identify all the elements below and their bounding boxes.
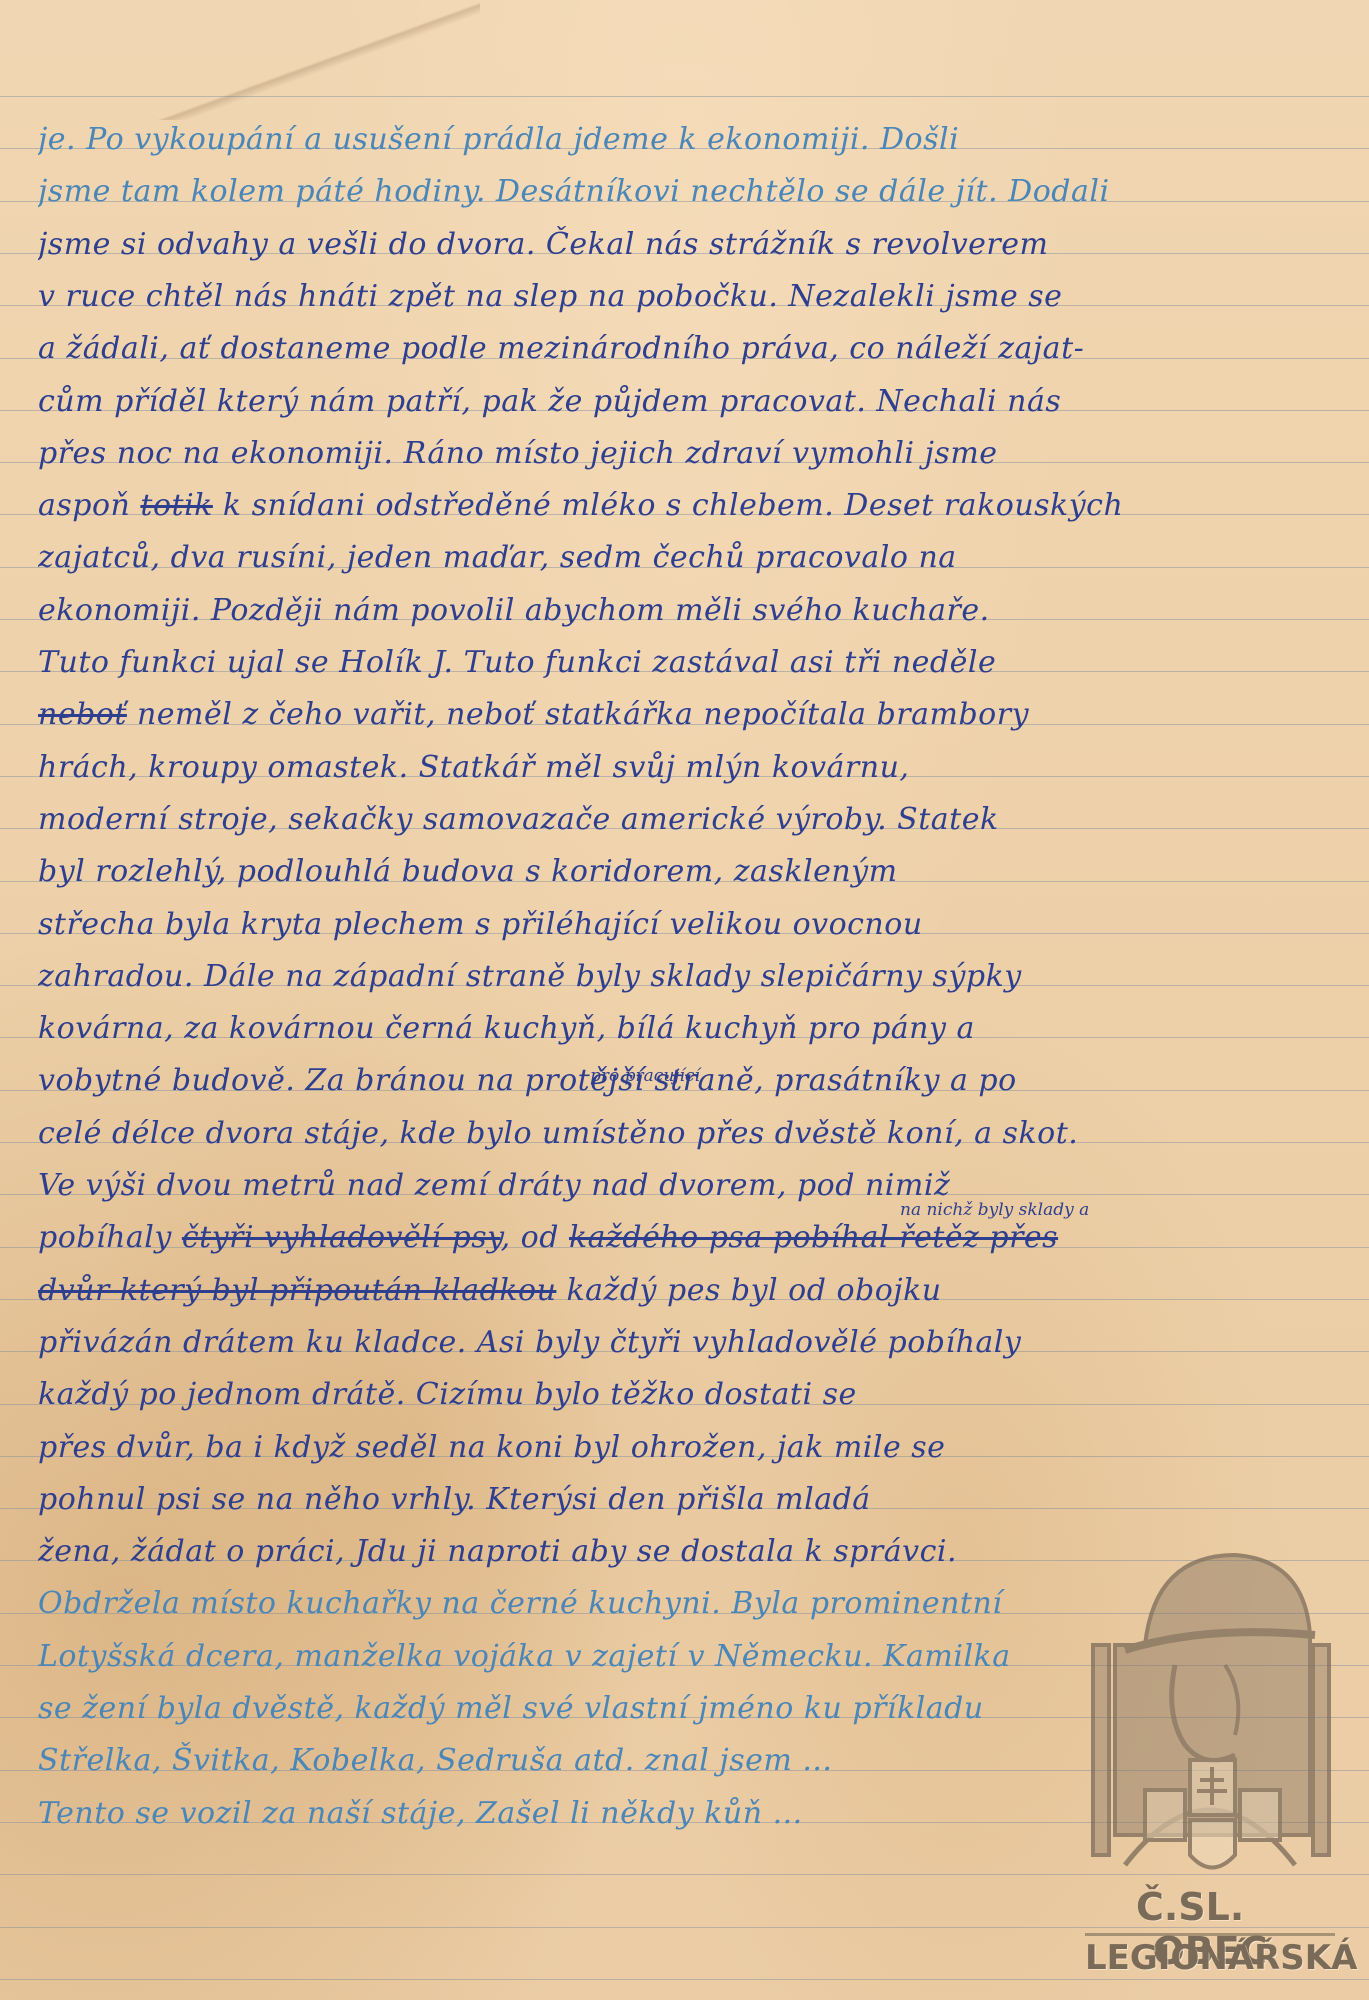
text-line: Tuto funkci ujal se Holík J. Tuto funkci… — [38, 643, 1309, 683]
text-line: hrách, kroupy omastek. Statkář měl svůj … — [38, 748, 1309, 788]
insertion-note: pro pracující — [590, 1066, 700, 1086]
text-line: přes noc na ekonomiji. Ráno místo jejich… — [38, 434, 1309, 474]
legionnaire-helmet-crest-icon — [1085, 1535, 1335, 1875]
text-line: každý po jednom drátě. Cizímu bylo těžko… — [38, 1375, 1309, 1415]
text-line: přes dvůr, ba i když seděl na koni byl o… — [38, 1428, 1309, 1468]
text-line: přivázán drátem ku kladce. Asi byly čtyř… — [38, 1323, 1309, 1363]
insertion-note: na nichž byly sklady a — [900, 1200, 1089, 1220]
legion-watermark: Č.SL. OBEC LEGIONÁŘSKÁ — [1085, 1535, 1335, 1985]
text-line: pohnul psi se na něho vrhly. Kterýsi den… — [38, 1480, 1309, 1520]
text-line: dvůr který byl připoután kladkou každý p… — [38, 1271, 1309, 1311]
text-line: zajatců, dva rusíni, jeden maďar, sedm č… — [38, 538, 1309, 578]
text-line: celé délce dvora stáje, kde bylo umístěn… — [38, 1114, 1309, 1154]
text-line: a žádali, ať dostaneme podle mezinárodní… — [38, 329, 1309, 369]
watermark-text-left: Č.SL. — [1136, 1885, 1244, 1929]
text-line: cům příděl který nám patří, pak že půjde… — [38, 382, 1309, 422]
text-line: Ve výši dvou metrů nad zemí dráty nad dv… — [38, 1166, 1309, 1206]
text-line: je. Po vykoupání a usušení prádla jdeme … — [38, 120, 1309, 160]
text-line: střecha byla kryta plechem s přiléhající… — [38, 905, 1309, 945]
text-line: jsme tam kolem páté hodiny. Desátníkovi … — [38, 172, 1309, 212]
rule-line — [0, 96, 1369, 97]
text-line: pobíhaly čtyři vyhladovělí psy, od každé… — [38, 1218, 1309, 1258]
text-line: ekonomiji. Později nám povolil abychom m… — [38, 591, 1309, 631]
text-line: kovárna, za kovárnou černá kuchyň, bílá … — [38, 1009, 1309, 1049]
text-line: byl rozlehlý, podlouhlá budova s koridor… — [38, 852, 1309, 892]
text-line: neboť neměl z čeho vařit, neboť statkářk… — [38, 695, 1309, 735]
watermark-text-bottom: LEGIONÁŘSKÁ — [1085, 1933, 1335, 1978]
text-line: aspoň totik k snídani odstředěné mléko s… — [38, 486, 1309, 526]
text-line: jsme si odvahy a vešli do dvora. Čekal n… — [38, 225, 1309, 265]
text-line: moderní stroje, sekačky samovazače ameri… — [38, 800, 1309, 840]
text-line: zahradou. Dále na západní straně byly sk… — [38, 957, 1309, 997]
text-line: v ruce chtěl nás hnáti zpět na slep na p… — [38, 277, 1309, 317]
